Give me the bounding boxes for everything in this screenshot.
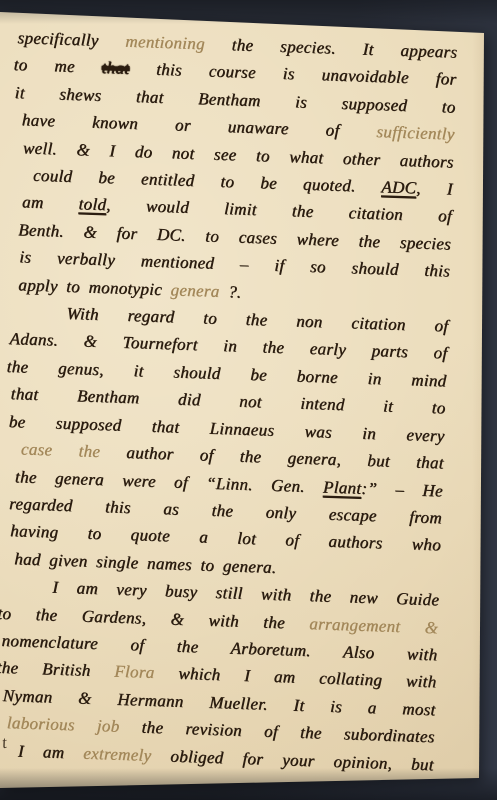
letter-word: I am	[18, 741, 84, 762]
letter-word: specifically	[17, 28, 125, 51]
letter-word-faint: arrangement &	[309, 614, 439, 637]
letter-word-faint: mentioning	[125, 32, 205, 54]
letter-word: ?.	[219, 282, 242, 302]
letter-paper: t specifically mentioning the species. I…	[0, 0, 497, 800]
photo-backdrop: t specifically mentioning the species. I…	[0, 0, 497, 800]
letter-word: , I	[416, 178, 453, 198]
letter-word: obliged for your opinion, but	[151, 746, 434, 774]
letter-word-underline: told	[78, 195, 106, 215]
letter-paper-shadow: t specifically mentioning the species. I…	[0, 0, 497, 800]
letter-word-faint: sufficiently	[376, 122, 455, 144]
letter-word-faint: extremely	[83, 743, 152, 764]
letter-text: specifically mentioning the species. It …	[0, 24, 458, 778]
letter-word: apply to monotypic	[18, 275, 171, 299]
letter-word: the species. It appears	[204, 34, 457, 61]
letter-word-faint: case the	[21, 440, 101, 462]
letter-word: had given single names to genera.	[14, 549, 277, 577]
letter-word-struck: that	[101, 58, 129, 78]
letter-word: the British	[0, 658, 115, 681]
letter-word-faint: genera	[170, 280, 220, 301]
letter-word-underline: Plant	[323, 477, 362, 497]
letter-word: :” – He	[361, 478, 443, 500]
letter-word: to me	[13, 55, 102, 77]
letter-word-faint: laborious job	[7, 713, 120, 736]
letter-word-underline: ADC	[381, 177, 417, 197]
letter-word-faint: Flora	[114, 662, 155, 682]
letter-word: am	[22, 193, 79, 214]
